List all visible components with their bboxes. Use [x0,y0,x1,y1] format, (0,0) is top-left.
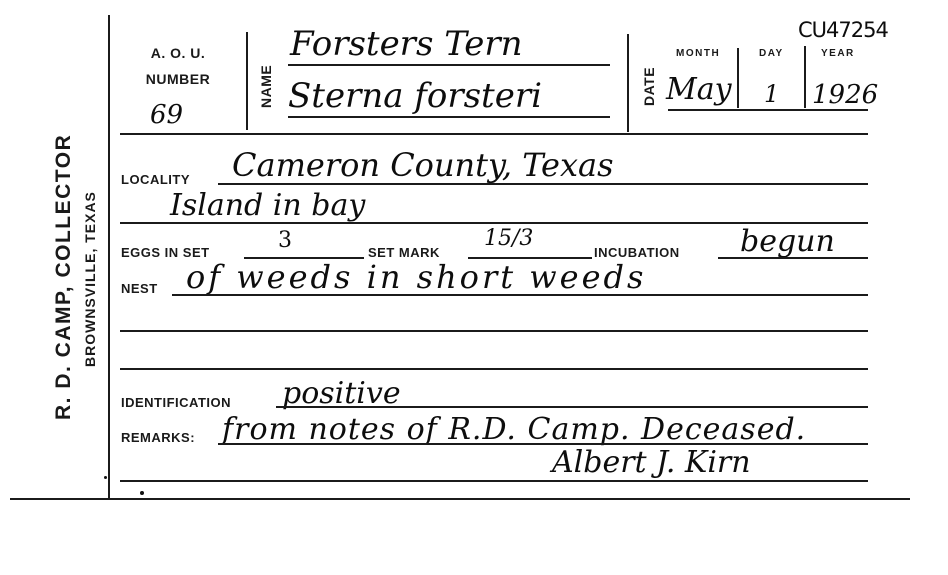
day-value: 1 [764,80,779,108]
locality-value-line2: Island in bay [170,188,365,223]
scientific-name-value: Sterna forsteri [288,76,542,116]
nest-line [172,294,868,296]
aou-label-line2: NUMBER [120,66,236,92]
incubation-value: begun [740,224,835,259]
blank-line-2 [120,368,868,370]
name-divider [627,34,629,132]
nest-label: NEST [121,281,158,296]
remarks-line1 [218,443,868,445]
year-value: 1926 [812,80,878,110]
set-mark-value: 15/3 [484,226,533,251]
remarks-line2 [120,480,868,482]
bottom-border-line [10,498,910,500]
date-line [668,109,868,111]
locality-value-line1: Cameron County, Texas [232,146,614,184]
header-rule [120,133,868,135]
month-value: May [666,72,732,107]
incubation-line [718,257,868,259]
locality-label: LOCALITY [121,172,190,187]
aou-label-line1: A. O. U. [120,40,236,66]
name-label: NAME [258,65,274,108]
common-name-value: Forsters Tern [290,24,523,64]
aou-divider [246,32,248,130]
month-divider [737,48,739,108]
catalog-number: CU47254 [798,18,888,42]
day-label: DAY [759,48,784,59]
scientific-name-line [288,116,610,118]
year-label: YEAR [821,48,855,59]
locality-line1 [218,183,868,185]
remarks-signature: Albert J. Kirn [552,445,751,480]
left-border-line [108,15,110,500]
collector-location: BROWNSVILLE, TEXAS [82,191,98,367]
identification-line [276,406,868,408]
aou-label: A. O. U. NUMBER [120,40,236,92]
collector-name: R. D. CAMP, COLLECTOR [52,134,76,420]
remarks-value-line1: from notes of R.D. Camp. Deceased. [222,412,806,447]
aou-number-value: 69 [150,100,183,130]
eggs-in-set-value: 3 [278,228,292,253]
ink-dot [104,476,107,479]
identification-label: IDENTIFICATION [121,395,231,410]
nest-value: of weeds in short weeds [186,258,646,296]
month-label: MONTH [676,48,720,59]
common-name-line [288,64,610,66]
remarks-label: REMARKS: [121,430,195,445]
date-label: DATE [641,67,657,106]
blank-line-1 [120,330,868,332]
day-divider [804,46,806,108]
ink-dot [140,491,144,495]
